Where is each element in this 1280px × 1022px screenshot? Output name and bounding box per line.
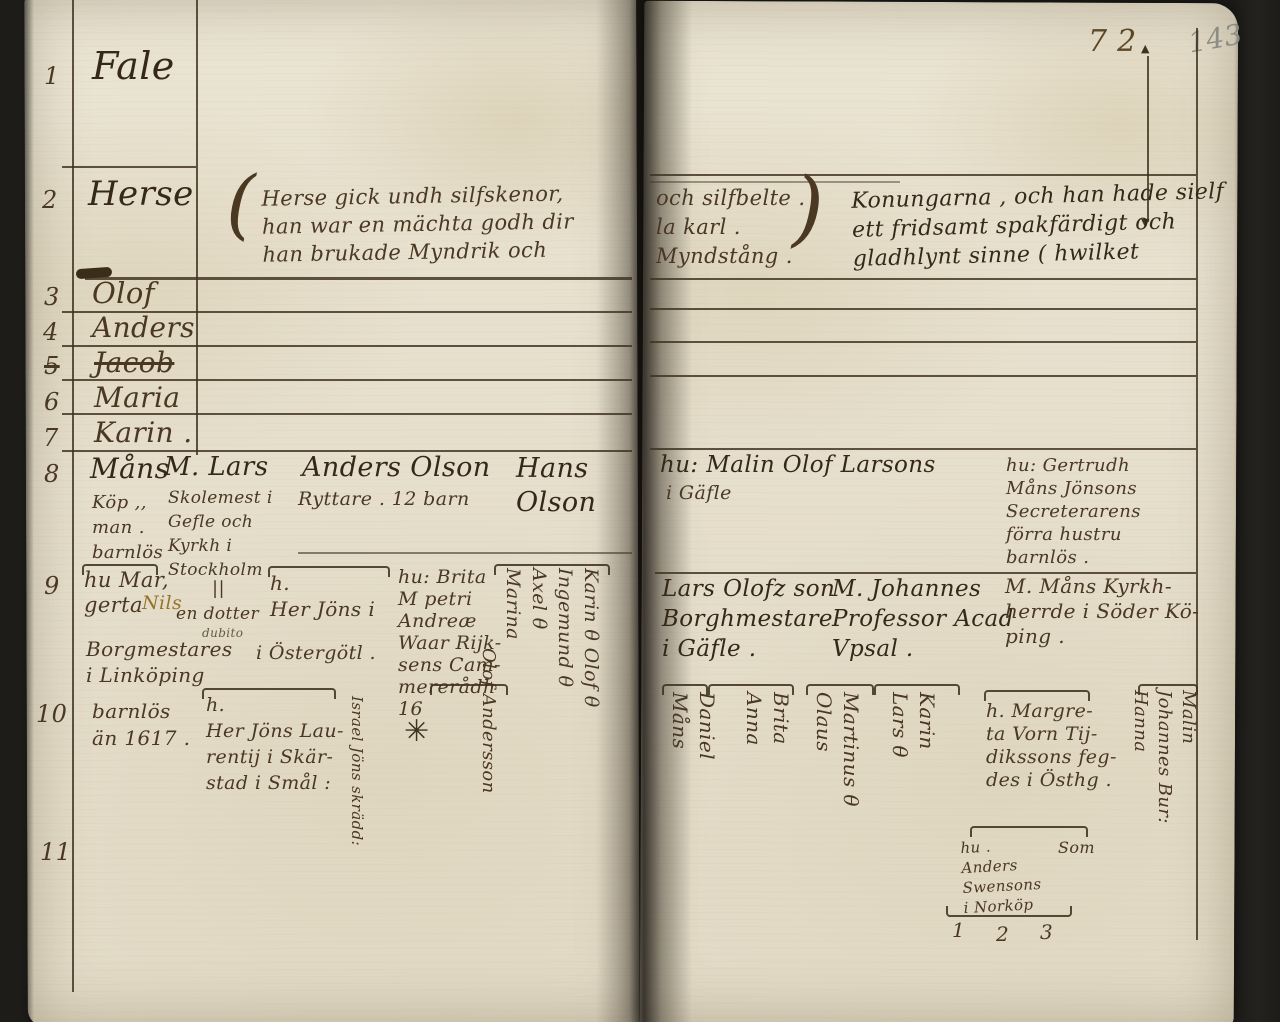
group-bracket-under [946,906,1072,917]
table-rule [650,375,1196,377]
person-andersolson-desc: Ryttare . 12 barn [298,488,470,510]
ancestor-maria: Maria [94,381,180,414]
person-margareta-title: Borgmestaresi Linköping [86,636,233,688]
person-malin-name: hu: Malin Olof Larsons [660,452,936,478]
table-rule [650,181,900,183]
close-paren: ) [792,174,824,244]
table-rule [650,341,1196,343]
note-dotter: en dotter [176,604,259,624]
table-rule [72,0,74,992]
scan-background-left [0,0,34,1022]
children-group1-vertical: MånsDaniel [666,692,720,842]
children-group2-vertical: AnnaBrita [740,692,794,842]
ancestor-herse: Herse [88,174,194,214]
person-larsolofsson: Lars Olofz sonBorghmestarei Gäfle . [662,574,835,664]
ancestor-jacob: Jacob [94,346,174,379]
open-paren: ( [226,172,256,237]
row-number-8: 8 [44,460,60,488]
row-number-5: 5 [44,352,60,380]
person-herjons-place: i Östergötl . [256,642,376,664]
asterisk-mark: ✳ [404,714,430,749]
table-rule [85,277,632,280]
ancestor-anders: Anders [92,311,195,344]
herse-note-mid: och silfbelte .la karl .Myndstång . [656,184,805,271]
ancestor-fale: Fale [92,44,175,88]
row-number-3: 3 [44,283,60,311]
arrow-up-icon: ▲ [1141,42,1150,55]
row-number-7: 7 [43,424,59,452]
person-mlars-name: M. Lars [164,452,269,482]
book-gutter [596,0,692,1022]
person-andersolson-name: Anders Olson [302,452,491,483]
row-number-4: 4 [43,318,59,346]
table-rule [650,278,1196,280]
manuscript-scan: 72 143 ▲ ▼ 1 2 3 4 5 6 7 8 9 10 11 Fale … [0,0,1280,1022]
child-number-3: 3 [1040,920,1053,944]
table-rule [196,0,198,455]
row-number-1: 1 [44,62,60,90]
table-rule [650,174,1196,176]
bur-children-vertical: HannaJohannes Bur:Malin [1128,690,1200,880]
folio-number-ink: 72 [1088,24,1146,59]
scan-background-right [1234,0,1280,1022]
person-margareta-note: barnlösän 1617 . [92,698,190,752]
person-malin-desc: i Gäfle [666,482,732,504]
ancestor-karin: Karin . [94,416,193,449]
children-names-vertical: MarinaAxel θIngemund θKarin θ Olof θ [500,568,604,818]
person-hansolson: HansOlson [516,452,596,520]
table-rule [650,308,1196,310]
ditto-mark: || [212,578,225,599]
table-rule [62,166,196,168]
row-number-10: 10 [36,700,67,728]
person-margreta: h. Margre-ta Vorn Tij-dikssons feg-des i… [986,700,1117,792]
person-israel-vertical: Israel Jöns skrädd: [348,696,366,866]
person-mlars-desc: Skolemest iGefle ochKyrkh iStockholm [168,486,273,582]
person-mans-name: Måns [90,452,169,485]
note-som: Som [1058,838,1095,857]
person-jonslaurentii: h.Her Jöns Lau-rentij i Skär-stad i Smål… [206,692,344,796]
person-manskyrkoherde: M. Måns Kyrkh-herrde i Söder Kö-ping . [1005,574,1199,649]
group-bracket [430,684,508,695]
person-johannes: M. JohannesProfessor AcadVpsal . [832,574,1014,664]
person-gertrudh: hu: GertrudhMåns JönsonsSecreterarensför… [1006,454,1141,569]
herse-note-left: Herse gick undh silfskenor,han war en mä… [261,179,574,268]
row-number-11: 11 [40,838,71,866]
children-group4-vertical: Lars θKarin [886,692,940,862]
child-number-1: 1 [952,918,965,942]
person-mans-desc: Köp ,,man .barnlös [92,490,163,565]
person-herjons: h.Her Jöns i [270,570,375,622]
table-rule [298,552,632,554]
child-number-2: 2 [996,922,1009,946]
child-olof-vertical: Olof Andersson [478,648,499,858]
ancestor-olof: Olof [92,276,155,310]
table-rule [650,448,1196,450]
children-group3-vertical: OlausMartinus θ [810,692,864,862]
row-number-6: 6 [44,388,60,416]
row-number-9: 9 [44,572,60,600]
row-number-2: 2 [42,186,58,214]
herse-note-right: Konungarna , och han hade sielfett frids… [851,177,1226,274]
